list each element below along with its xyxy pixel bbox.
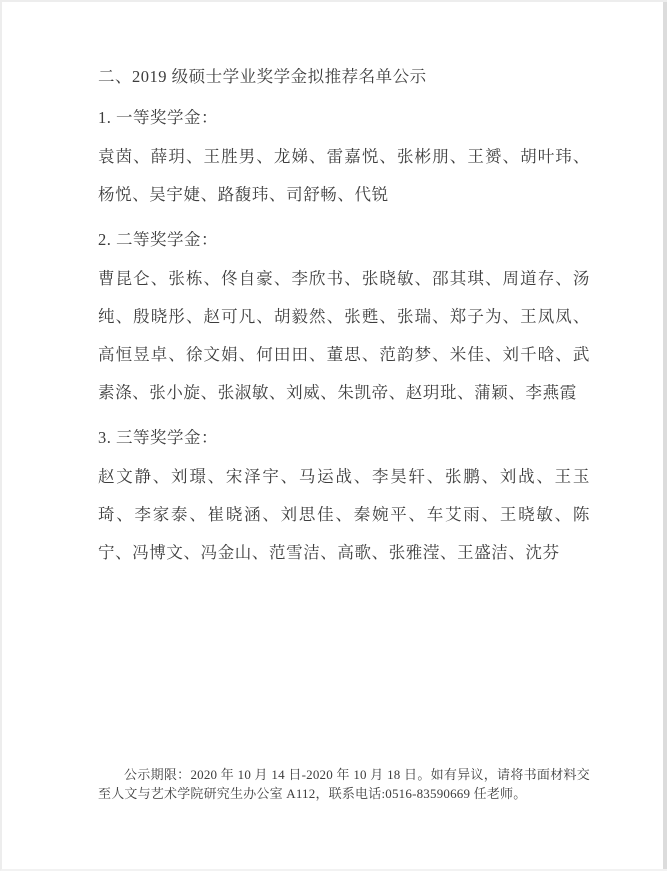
section-second-prize: 2. 二等奖学金： 曹昆仑、张栋、佟自豪、李欣书、张晓敏、邵其琪、周道存、汤纯、… xyxy=(98,220,590,412)
section-names-second-prize: 曹昆仑、张栋、佟自豪、李欣书、张晓敏、邵其琪、周道存、汤纯、殷晓彤、赵可凡、胡毅… xyxy=(98,260,590,412)
section-heading-second-prize: 2. 二等奖学金： xyxy=(98,220,590,260)
footer-publicity-period-note: 公示期限：2020 年 10 月 14 日-2020 年 10 月 18 日。如… xyxy=(98,765,590,803)
page-right-edge xyxy=(663,2,667,869)
section-first-prize: 1. 一等奖学金： 袁茵、薛玥、王胜男、龙娣、雷嘉悦、张彬朋、王赟、胡叶玮、杨悦… xyxy=(98,98,590,214)
section-heading-first-prize: 1. 一等奖学金： xyxy=(98,98,590,138)
document-title: 二、2019 级硕士学业奖学金拟推荐名单公示 xyxy=(98,58,590,96)
section-third-prize: 3. 三等奖学金： 赵文静、刘璟、宋泽宇、马运战、李昊轩、张鹏、刘战、王玉琦、李… xyxy=(98,418,590,572)
document-page: 二、2019 级硕士学业奖学金拟推荐名单公示 1. 一等奖学金： 袁茵、薛玥、王… xyxy=(0,0,667,871)
section-names-third-prize: 赵文静、刘璟、宋泽宇、马运战、李昊轩、张鹏、刘战、王玉琦、李家泰、崔晓涵、刘思佳… xyxy=(98,458,590,572)
section-heading-third-prize: 3. 三等奖学金： xyxy=(98,418,590,458)
document-content: 二、2019 级硕士学业奖学金拟推荐名单公示 1. 一等奖学金： 袁茵、薛玥、王… xyxy=(98,58,590,578)
section-names-first-prize: 袁茵、薛玥、王胜男、龙娣、雷嘉悦、张彬朋、王赟、胡叶玮、杨悦、吴宇婕、路馥玮、司… xyxy=(98,138,590,214)
